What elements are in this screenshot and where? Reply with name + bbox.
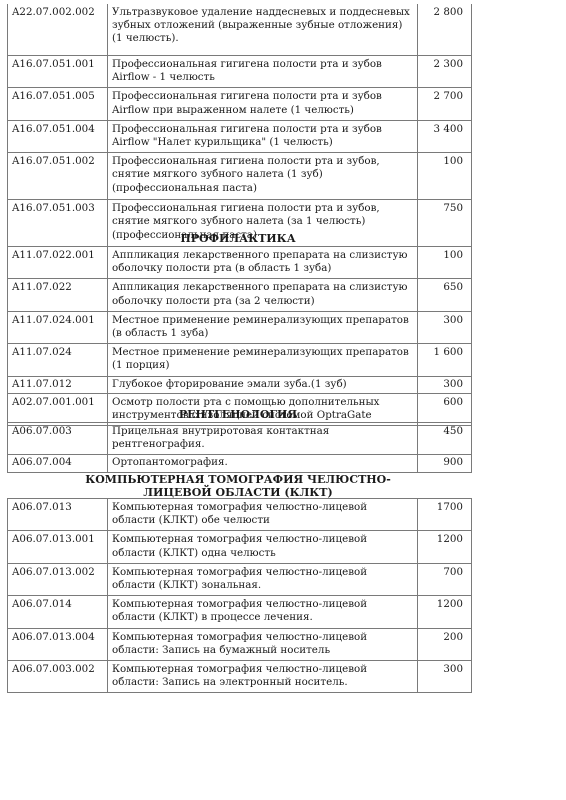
table-row: A16.07.051.004 Профессиональная гигигена… xyxy=(8,120,472,152)
hygiene-price-table: A22.07.002.002 Ультразвуковое удаление н… xyxy=(7,4,472,247)
table-row: A22.07.002.002 Ультразвуковое удаление н… xyxy=(8,4,472,56)
service-name: Аппликация лекарственного препарата на с… xyxy=(108,247,418,279)
table-row: A06.07.013.004 Компьютерная томография ч… xyxy=(8,628,472,660)
service-price: 300 xyxy=(418,376,472,393)
section-title-cbct: КОМПЬЮТЕРНАЯ ТОМОГРАФИЯ ЧЕЛЮСТНО- ЛИЦЕВО… xyxy=(7,474,469,499)
service-code: A11.07.024 xyxy=(8,344,108,376)
service-code: A06.07.013 xyxy=(8,499,108,531)
table-row: A06.07.003.002 Компьютерная томография ч… xyxy=(8,661,472,693)
service-name: Компьютерная томография челюстно-лицевой… xyxy=(108,563,418,595)
table-row: A06.07.013.001 Компьютерная томография ч… xyxy=(8,531,472,563)
service-code: A06.07.004 xyxy=(8,455,108,472)
service-price: 450 xyxy=(418,423,472,455)
service-price: 1200 xyxy=(418,596,472,628)
service-name: Компьютерная томография челюстно-лицевой… xyxy=(108,531,418,563)
service-price: 200 xyxy=(418,628,472,660)
section-title-line: КОМПЬЮТЕРНАЯ ТОМОГРАФИЯ ЧЕЛЮСТНО- xyxy=(7,474,469,487)
table-row: A11.07.012 Глубокое фторирование эмали з… xyxy=(8,376,472,393)
service-code: A06.07.013.002 xyxy=(8,563,108,595)
table-row: A06.07.003 Прицельная внутриротовая конт… xyxy=(8,423,472,455)
service-price: 2 700 xyxy=(418,88,472,120)
service-name: Местное применение реминерализующих преп… xyxy=(108,311,418,343)
service-price: 900 xyxy=(418,455,472,472)
section-title-prophylaxis: ПРОФИЛАКТИКА xyxy=(7,233,469,246)
cbct-price-table: A06.07.013 Компьютерная томография челюс… xyxy=(7,498,472,693)
service-name: Компьютерная томография челюстно-лицевой… xyxy=(108,628,418,660)
service-name: Профессиональная гигигена полости рта и … xyxy=(108,56,418,88)
service-code: A16.07.051.005 xyxy=(8,88,108,120)
table-row: A06.07.014 Компьютерная томография челюс… xyxy=(8,596,472,628)
service-name: Аппликация лекарственного препарата на с… xyxy=(108,279,418,311)
service-code: A06.07.013.001 xyxy=(8,531,108,563)
service-name: Глубокое фторирование эмали зуба.(1 зуб) xyxy=(108,376,418,393)
service-price: 100 xyxy=(418,247,472,279)
table-row: A11.07.022 Аппликация лекарственного пре… xyxy=(8,279,472,311)
service-code: A06.07.003.002 xyxy=(8,661,108,693)
service-price: 1200 xyxy=(418,531,472,563)
service-price: 300 xyxy=(418,311,472,343)
service-price: 1 600 xyxy=(418,344,472,376)
service-code: A22.07.002.002 xyxy=(8,4,108,56)
service-code: A11.07.022 xyxy=(8,279,108,311)
service-name: Компьютерная томография челюстно-лицевой… xyxy=(108,661,418,693)
service-code: A16.07.051.001 xyxy=(8,56,108,88)
table-row: A06.07.004 Ортопантомография. 900 xyxy=(8,455,472,472)
service-price: 100 xyxy=(418,153,472,200)
table-row: A11.07.024 Местное применение реминерали… xyxy=(8,344,472,376)
service-code: A06.07.014 xyxy=(8,596,108,628)
table-row: A11.07.024.001 Местное применение ремине… xyxy=(8,311,472,343)
table-row: A11.07.022.001 Аппликация лекарственного… xyxy=(8,247,472,279)
service-code: A11.07.012 xyxy=(8,376,108,393)
service-code: A11.07.024.001 xyxy=(8,311,108,343)
radiology-price-table: A06.07.003 Прицельная внутриротовая конт… xyxy=(7,422,472,473)
table-row: A16.07.051.005 Профессиональная гигигена… xyxy=(8,88,472,120)
table-row: A16.07.051.002 Профессиональная гигиена … xyxy=(8,153,472,200)
service-price: 700 xyxy=(418,563,472,595)
service-name: Прицельная внутриротовая контактная рент… xyxy=(108,423,418,455)
price-list-page: A22.07.002.002 Ультразвуковое удаление н… xyxy=(0,0,566,800)
service-price: 650 xyxy=(418,279,472,311)
service-name: Ортопантомография. xyxy=(108,455,418,472)
service-code: A16.07.051.002 xyxy=(8,153,108,200)
service-name: Местное применение реминерализующих преп… xyxy=(108,344,418,376)
service-code: A16.07.051.004 xyxy=(8,120,108,152)
service-code: A06.07.013.004 xyxy=(8,628,108,660)
service-price: 2 800 xyxy=(418,4,472,56)
section-title-radiology: РЕНТГЕНОЛОГИЯ xyxy=(7,409,469,422)
service-name: Профессиональная гигиена полости рта и з… xyxy=(108,153,418,200)
service-name: Компьютерная томография челюстно-лицевой… xyxy=(108,499,418,531)
service-price: 300 xyxy=(418,661,472,693)
prophylaxis-price-table: A11.07.022.001 Аппликация лекарственного… xyxy=(7,246,472,426)
table-row: A16.07.051.001 Профессиональная гигигена… xyxy=(8,56,472,88)
table-row: A06.07.013.002 Компьютерная томография ч… xyxy=(8,563,472,595)
service-name: Компьютерная томография челюстно-лицевой… xyxy=(108,596,418,628)
service-price: 3 400 xyxy=(418,120,472,152)
service-name: Профессиональная гигигена полости рта и … xyxy=(108,88,418,120)
service-code: A06.07.003 xyxy=(8,423,108,455)
service-price: 1700 xyxy=(418,499,472,531)
table-row: A06.07.013 Компьютерная томография челюс… xyxy=(8,499,472,531)
service-name: Ультразвуковое удаление наддесневых и по… xyxy=(108,4,418,56)
service-name: Профессиональная гигигена полости рта и … xyxy=(108,120,418,152)
service-code: A11.07.022.001 xyxy=(8,247,108,279)
service-price: 2 300 xyxy=(418,56,472,88)
